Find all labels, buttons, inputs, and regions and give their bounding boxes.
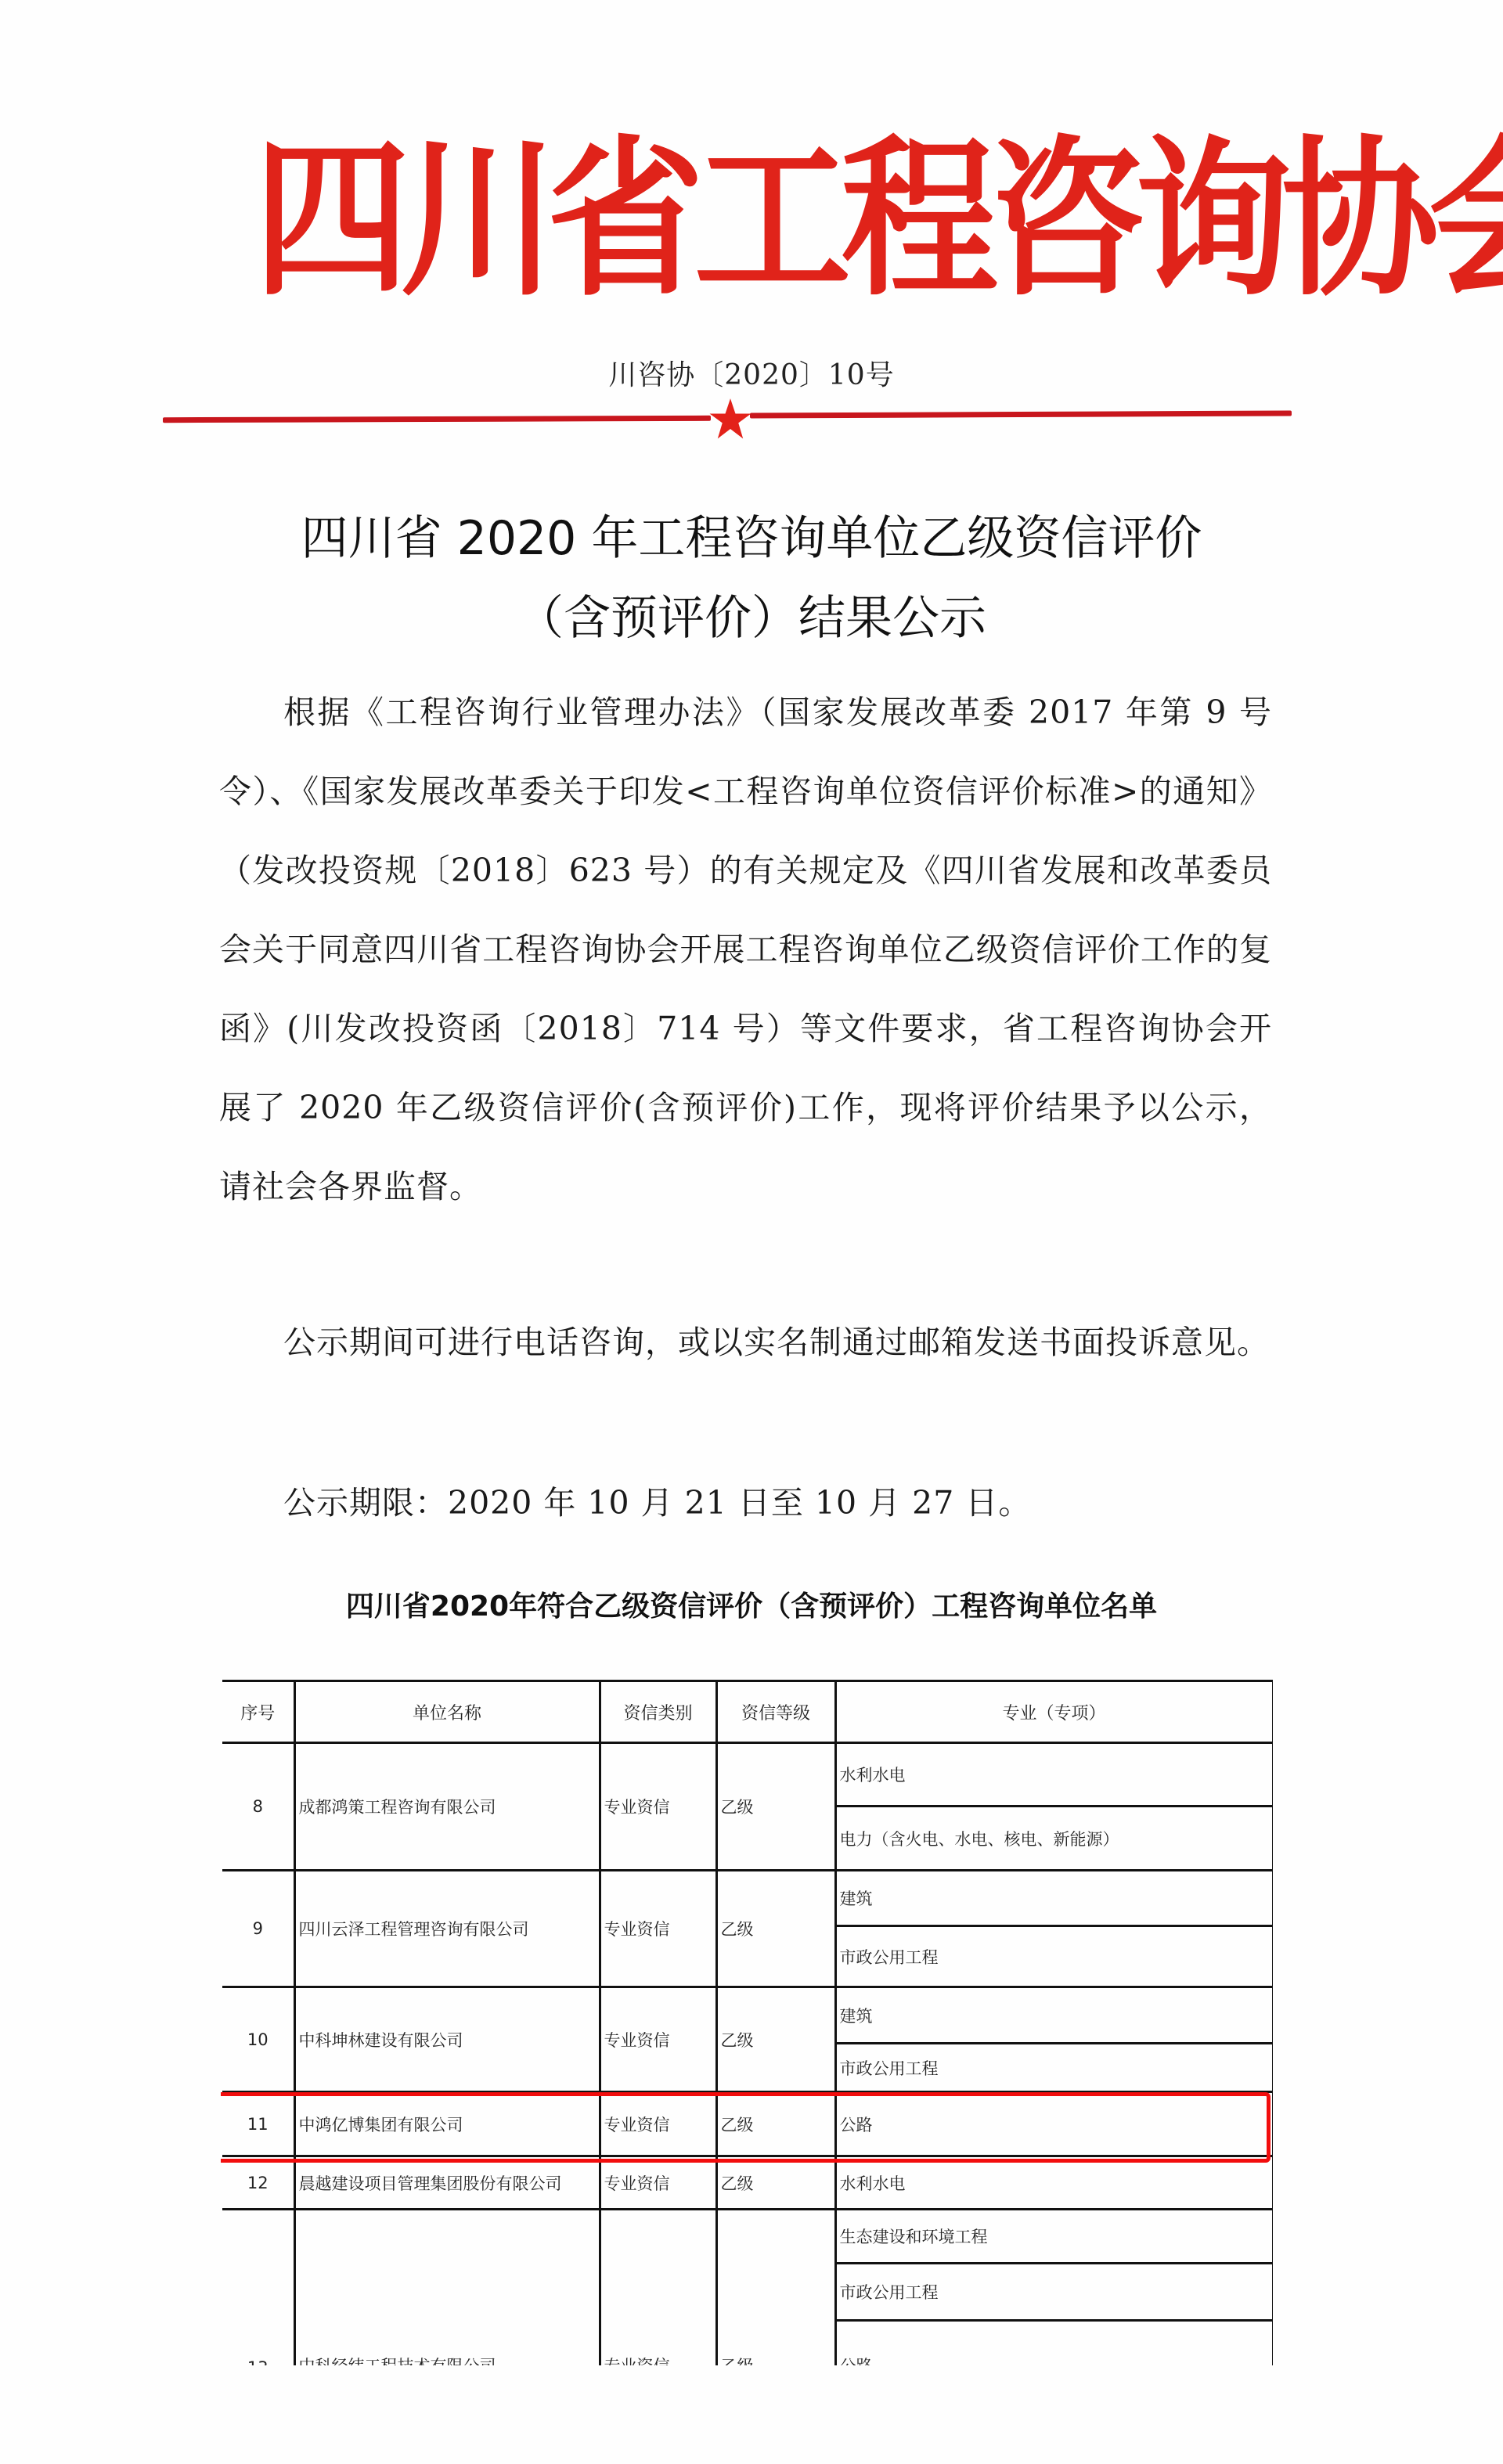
- paragraph-text: 公示期限：2020 年 10 月 21 日至 10 月 27 日。: [219, 1464, 1272, 1543]
- cell-name: 四川云泽工程管理咨询有限公司: [294, 1871, 600, 1987]
- cell-specialty: 建筑: [835, 1871, 1273, 1926]
- header-grade: 资信等级: [716, 1681, 835, 1743]
- table-row: 12 晨越建设项目管理集团股份有限公司 专业资信 乙级 水利水电: [222, 2156, 1273, 2210]
- cell-no: 9: [222, 1871, 294, 1987]
- cell-category: 专业资信: [600, 1743, 716, 1871]
- header-specialty: 专业（专项）: [835, 1681, 1273, 1743]
- header-category: 资信类别: [600, 1681, 716, 1743]
- cell-no: 10: [222, 1987, 294, 2092]
- table-row: 13 中科经纬工程技术有限公司 专业资信 乙级 生态建设和环境工程: [222, 2210, 1273, 2264]
- cell-specialty: 建筑: [835, 1987, 1273, 2044]
- body-paragraph-3: 公示期限：2020 年 10 月 21 日至 10 月 27 日。: [219, 1464, 1272, 1543]
- cell-grade: 乙级: [716, 1871, 835, 1987]
- table-title: 四川省2020年符合乙级资信评价（含预评价）工程咨询单位名单: [0, 1587, 1503, 1626]
- cell-specialty: 水利水电: [835, 2156, 1273, 2210]
- cell-no: 8: [222, 1743, 294, 1871]
- cell-category: 专业资信: [600, 1987, 716, 2092]
- cell-no: 12: [222, 2156, 294, 2210]
- header-name: 单位名称: [294, 1681, 600, 1743]
- cell-specialty: 生态建设和环境工程: [835, 2210, 1273, 2264]
- cell-grade: 乙级: [716, 2156, 835, 2210]
- cell-specialty: 电力（含火电、水电、核电、新能源）: [835, 1807, 1273, 1871]
- cell-specialty: 水利水电: [835, 1743, 1273, 1807]
- unit-list-table: 序号 单位名称 资信类别 资信等级 专业（专项） 8 成都鸿策工程咨询有限公司 …: [222, 1680, 1273, 2365]
- cell-category: 专业资信: [600, 2210, 716, 2366]
- cell-specialty: 市政公用工程: [835, 2044, 1273, 2092]
- notice-title-line2: （含预评价）结果公示: [0, 587, 1503, 650]
- document-number: 川咨协〔2020〕10号: [0, 356, 1503, 395]
- cell-name: 晨越建设项目管理集团股份有限公司: [294, 2156, 600, 2210]
- table-row: 9 四川云泽工程管理咨询有限公司 专业资信 乙级 建筑: [222, 1871, 1273, 1926]
- cell-grade: 乙级: [716, 2092, 835, 2156]
- red-divider-right: [750, 410, 1292, 418]
- red-star-icon: [709, 398, 751, 440]
- cell-category: 专业资信: [600, 2156, 716, 2210]
- cell-name: 中科经纬工程技术有限公司: [294, 2210, 600, 2366]
- cell-grade: 乙级: [716, 1987, 835, 2092]
- header-no: 序号: [222, 1681, 294, 1743]
- cell-specialty: 公路: [835, 2321, 1273, 2366]
- cell-no: 13: [222, 2210, 294, 2366]
- cell-category: 专业资信: [600, 1871, 716, 1987]
- cell-specialty: 市政公用工程: [835, 2264, 1273, 2321]
- paragraph-text: 根据《工程咨询行业管理办法》（国家发展改革委 2017 年第 9 号令）、《国家…: [219, 673, 1272, 1227]
- table-header-row: 序号 单位名称 资信类别 资信等级 专业（专项）: [222, 1681, 1273, 1743]
- cell-specialty: 市政公用工程: [835, 1926, 1273, 1987]
- notice-title-line1: 四川省 2020 年工程咨询单位乙级资信评价: [0, 507, 1503, 570]
- cell-specialty: 公路: [835, 2092, 1273, 2156]
- table-row: 8 成都鸿策工程咨询有限公司 专业资信 乙级 水利水电: [222, 1743, 1273, 1807]
- cell-no: 11: [222, 2092, 294, 2156]
- table-row: 10 中科坤林建设有限公司 专业资信 乙级 建筑: [222, 1987, 1273, 2044]
- cell-name: 中科坤林建设有限公司: [294, 1987, 600, 2092]
- cell-name: 成都鸿策工程咨询有限公司: [294, 1743, 600, 1871]
- masthead-org-name: 四川省工程咨询协会: [254, 121, 1219, 317]
- red-divider-left: [163, 416, 711, 423]
- body-paragraph-1: 根据《工程咨询行业管理办法》（国家发展改革委 2017 年第 9 号令）、《国家…: [219, 673, 1272, 1227]
- cell-name: 中鸿亿博集团有限公司: [294, 2092, 600, 2156]
- cell-grade: 乙级: [716, 2210, 835, 2366]
- paragraph-text: 公示期间可进行电话咨询，或以实名制通过邮箱发送书面投诉意见。: [219, 1303, 1272, 1382]
- cell-category: 专业资信: [600, 2092, 716, 2156]
- cell-grade: 乙级: [716, 1743, 835, 1871]
- body-paragraph-2: 公示期间可进行电话咨询，或以实名制通过邮箱发送书面投诉意见。: [219, 1303, 1272, 1382]
- table-row-highlighted: 11 中鸿亿博集团有限公司 专业资信 乙级 公路: [222, 2092, 1273, 2156]
